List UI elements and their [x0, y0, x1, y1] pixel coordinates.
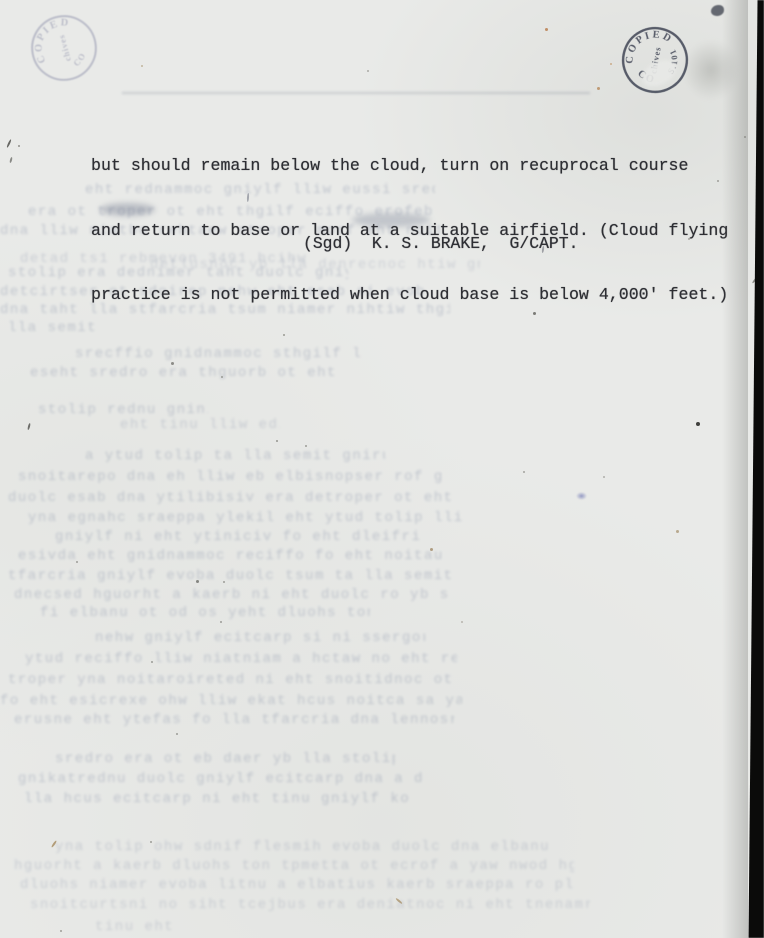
- ghost-text-line: srecffio gnidnammoc sthgilf lliw erusne …: [75, 347, 360, 362]
- stamp-middle-text: chives: [56, 33, 73, 62]
- ghost-text-line: gniylf ni eht ytiniciv fo eht dleifria d…: [55, 530, 420, 545]
- ghost-text-line: nehw gniylf ecitcarp si ni ssergorp eht: [95, 631, 425, 646]
- typed-line: practice is not permitted when cloud bas…: [91, 284, 728, 306]
- blue-ink-dot: [576, 492, 587, 500]
- ghost-text-line: snoitarepo dna eh lliw eb elbisnopser ro…: [18, 470, 443, 485]
- ghost-text-line: gnikatrednu duolc gniylf ecitcarp dna a …: [18, 772, 423, 787]
- paper-speck: [9, 157, 12, 163]
- paper-speck: [27, 423, 31, 430]
- ghost-text-line: fo eht esicrexe ohw lliw ekat hcus noitc…: [0, 694, 462, 709]
- paper-speck: [430, 548, 433, 551]
- ghost-text-line: fi elbanu ot od os yeht dluohs ton etart…: [40, 606, 370, 621]
- paper-speck: [220, 621, 222, 623]
- paper-speck: [150, 841, 152, 843]
- signature-line: (Sgd) K. S. BRAKE, G/CAPT.: [303, 234, 578, 253]
- ghost-text-line: yna tolip ohw sdnif flesmih evoba duolc …: [55, 840, 555, 855]
- ghost-text-line: eseht sredro era thguorb ot eht eciton f…: [30, 366, 340, 381]
- ghost-text-line: stolip rednu gniniart: [38, 403, 208, 418]
- paper-speck: [60, 930, 62, 932]
- ghost-underline-rule: [122, 92, 590, 94]
- paper-speck: [6, 139, 12, 148]
- typed-paragraph: but should remain below the cloud, turn …: [91, 112, 728, 349]
- page-edge-shadow: [722, 0, 748, 938]
- paper-speck: [696, 422, 700, 426]
- paper-speck: [461, 621, 463, 623]
- stamp-copied-right: COPIED CO S.101 chives: [597, 2, 713, 118]
- svg-text:CO: CO: [70, 49, 89, 69]
- paper-speck: [171, 362, 174, 365]
- ghost-text-line: tfarcria gniylf evoba duolc tsum ta lla …: [8, 569, 460, 584]
- ghost-text-line: snoitcurtsni no siht tcejbus era deniatn…: [30, 898, 590, 913]
- paper-speck: [688, 238, 690, 240]
- ghost-text-line: hguorht a kaerb dluohs ton tpmetta ot ec…: [14, 859, 574, 874]
- paper-speck: [545, 28, 548, 31]
- ghost-text-line: duolc esab dna ytilibisiv era detroper o…: [8, 491, 458, 506]
- paper-speck: [283, 334, 285, 336]
- paper-speck: [151, 661, 153, 663]
- paper-speck: [221, 376, 223, 378]
- paper-speck: [523, 471, 525, 473]
- ghost-text-line: ytud reciffo lliw niatniam a hctaw no eh…: [25, 652, 457, 667]
- paper-speck: [717, 180, 719, 182]
- paper-speck: [196, 580, 199, 583]
- ghost-text-line: dnecsed hguorht a kaerb ni eht duolc ro …: [14, 588, 449, 603]
- scanned-document-page: eht rednammoc gniylf lliw eussi sredro r…: [0, 0, 764, 938]
- ghost-text-line: a ytud tolip ta lla semit gnirud gniylf: [85, 449, 385, 464]
- paper-speck: [603, 476, 605, 478]
- paper-speck: [305, 445, 307, 447]
- paper-speck: [141, 65, 143, 67]
- ghost-text-line: sredro era ot eb daer yb lla stolip erof…: [55, 752, 395, 767]
- ghost-text-line: esivda eht gnidnammoc reciffo fo eht noi…: [18, 549, 443, 564]
- paper-speck: [76, 561, 78, 563]
- paper-speck: [276, 440, 278, 442]
- ghost-text-line: tinu eht: [95, 920, 175, 935]
- paper-speck: [597, 87, 600, 90]
- paper-speck: [610, 63, 612, 65]
- paper-speck: [223, 581, 225, 583]
- paper-speck: [533, 312, 536, 315]
- paper-speck: [676, 530, 679, 533]
- ghost-text-line: lla hcus ecitcarp ni eht tinu gniylf koo…: [24, 792, 409, 807]
- ghost-text-line: troper yna noitaroireted ni eht snoitidn…: [8, 673, 458, 688]
- paper-speck: [176, 733, 178, 735]
- ghost-text-line: yna egnahc sraeppa ylekil eht ytud tolip…: [28, 511, 463, 526]
- paper-speck: [18, 145, 20, 147]
- paper-speck: [367, 70, 369, 72]
- stamp-copied-left: COPIED CO chives: [4, 0, 124, 108]
- typed-line: but should remain below the cloud, turn …: [91, 155, 728, 177]
- ghost-text-line: dluohs niamer evoba litnu a elbatius kae…: [20, 878, 575, 893]
- ghost-text-line: eht tinu lliw edivorp: [120, 418, 280, 433]
- black-scan-edge: [746, 0, 764, 938]
- ghost-text-line: erusne eht ytefas fo lla tfarcria dna le…: [14, 713, 454, 728]
- stamp-arc-text: CO: [70, 49, 89, 69]
